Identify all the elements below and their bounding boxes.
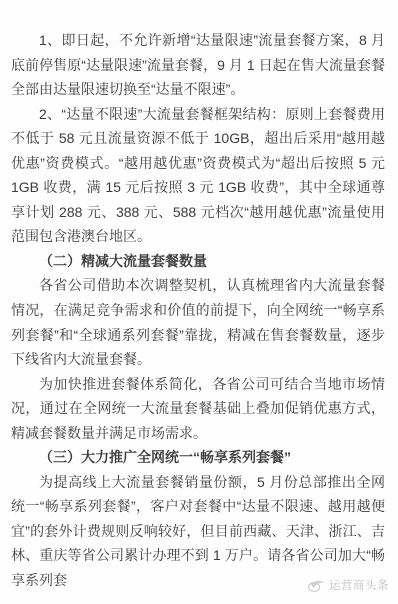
doc-paragraph: 各省公司借助本次调整契机，认真梳理省内大流量套餐情况，在满足竞争需求和价值的前提…	[11, 273, 385, 371]
toutiao-logo-icon	[308, 579, 326, 593]
doc-paragraph: 1、即日起，不允许新增“达量限速”流量套餐方案，8 月底前停售原“达量限速”流量…	[11, 28, 385, 102]
document-page: 1、即日起，不允许新增“达量限速”流量套餐方案，8 月底前停售原“达量限速”流量…	[0, 0, 398, 604]
doc-paragraph: 为加快推进套餐体系简化，各省公司可结合当地市场情况，通过在全网统一大流量套餐基础…	[11, 372, 385, 446]
section-heading: （二）精减大流量套餐数量	[11, 249, 385, 274]
doc-paragraph: 为提高线上大流量套餐销量份额，5 月份总部推出全网统一“畅享系列套餐”，客户对套…	[11, 470, 385, 593]
section-heading: （三）大力推广全网统一“畅享系列套餐”	[11, 445, 385, 470]
doc-paragraph: 2、“达量不限速”大流量套餐框架结构：原则上套餐费用不低于 58 元且流量资源不…	[11, 102, 385, 249]
watermark-text: 运营商头条	[329, 578, 389, 594]
watermark: 运营商头条	[308, 578, 389, 594]
document-body: 1、即日起，不允许新增“达量限速”流量套餐方案，8 月底前停售原“达量限速”流量…	[11, 28, 385, 593]
